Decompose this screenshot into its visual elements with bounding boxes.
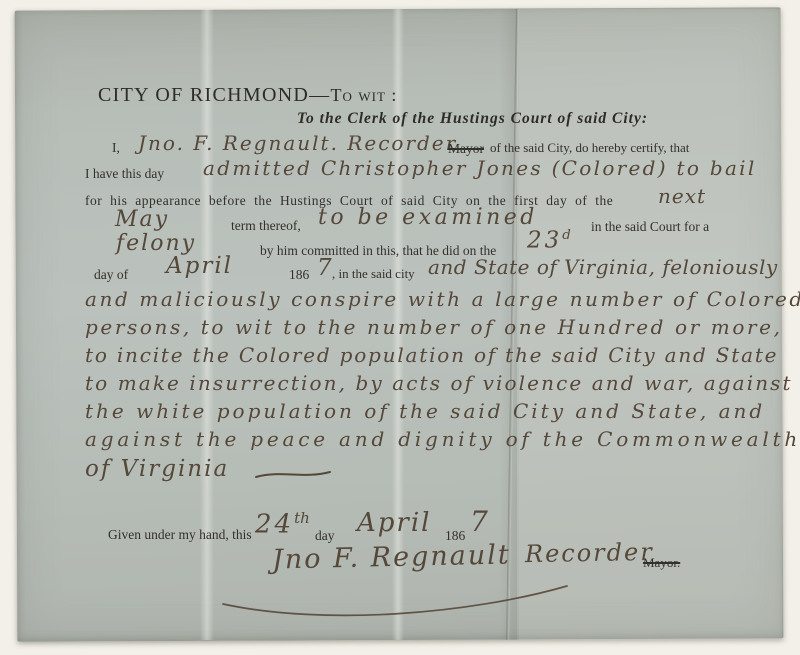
charge-line-1-handwritten: and maliciously conspire with a large nu… xyxy=(85,289,800,309)
in-said-city-printed: , in the said city xyxy=(332,267,415,282)
day-24-suffix: th xyxy=(294,509,310,527)
scan-background: CITY OF RICHMOND—To wit : To the Clerk o… xyxy=(0,0,800,655)
year-7-handwritten: 7 xyxy=(317,257,332,280)
charge-line-6-handwritten: against the peace and dignity of the Com… xyxy=(85,429,800,449)
felony-handwritten: felony xyxy=(116,233,196,255)
certify-i-printed: I, xyxy=(112,140,120,156)
day-label-printed: day xyxy=(315,528,335,544)
year-186-printed: 186 xyxy=(289,267,309,283)
charge-line-2-handwritten: persons, to wit to the number of one Hun… xyxy=(85,317,783,337)
struck-mayor-footer-printed: Mayor. xyxy=(643,556,680,571)
next-handwritten: next xyxy=(658,186,706,206)
may-handwritten: May xyxy=(115,209,169,231)
to-be-examined-handwritten: to be examined xyxy=(318,207,538,229)
salutation-line: To the Clerk of the Hustings Court of sa… xyxy=(297,110,648,128)
document-title: CITY OF RICHMOND—To wit : xyxy=(98,84,397,107)
day-24-number: 24 xyxy=(255,510,294,540)
struck-mayor-printed: Mayor xyxy=(448,141,484,157)
day-of-printed: day of xyxy=(94,267,128,283)
given-under-hand-printed: Given under my hand, this xyxy=(108,527,252,543)
charge-line-3-handwritten: to incite the Colored population of the … xyxy=(85,345,778,365)
charge-line-7-handwritten: of Virginia xyxy=(85,458,229,481)
term-thereof-printed: term thereof, xyxy=(231,218,301,234)
april-handwritten: April xyxy=(166,255,233,278)
document-title-towit: To wit : xyxy=(330,85,397,105)
officer-name-handwritten: Jno. F. Regnault. Recorder xyxy=(138,133,457,153)
in-said-court-printed: in the said Court for a xyxy=(591,219,709,235)
charge-line-5-handwritten: the white population of the said City an… xyxy=(85,401,765,421)
day-23-suffix: d xyxy=(562,228,571,243)
year-7-footer-handwritten: 7 xyxy=(470,508,488,536)
signature-title-handwritten: Recorder xyxy=(525,540,654,566)
day-23-number: 23 xyxy=(527,228,562,254)
document-title-main: CITY OF RICHMOND— xyxy=(98,84,330,106)
charge-line-4-handwritten: to make insurrection, by acts of violenc… xyxy=(85,373,793,393)
state-of-virginia-handwritten: and State of Virginia, feloniously xyxy=(428,257,778,277)
i-have-this-day-printed: I have this day xyxy=(85,166,164,182)
day-23-handwritten: 23d xyxy=(527,229,571,253)
day-24-handwritten: 24th xyxy=(255,511,310,538)
signature-handwritten: Jno F. Regnault xyxy=(272,542,511,574)
april-footer-handwritten: April xyxy=(357,510,431,536)
certify-rest-printed: of the said City, do hereby certify, tha… xyxy=(490,141,689,156)
admitted-to-bail-handwritten: admitted Christopher Jones (Colored) to … xyxy=(203,158,757,178)
